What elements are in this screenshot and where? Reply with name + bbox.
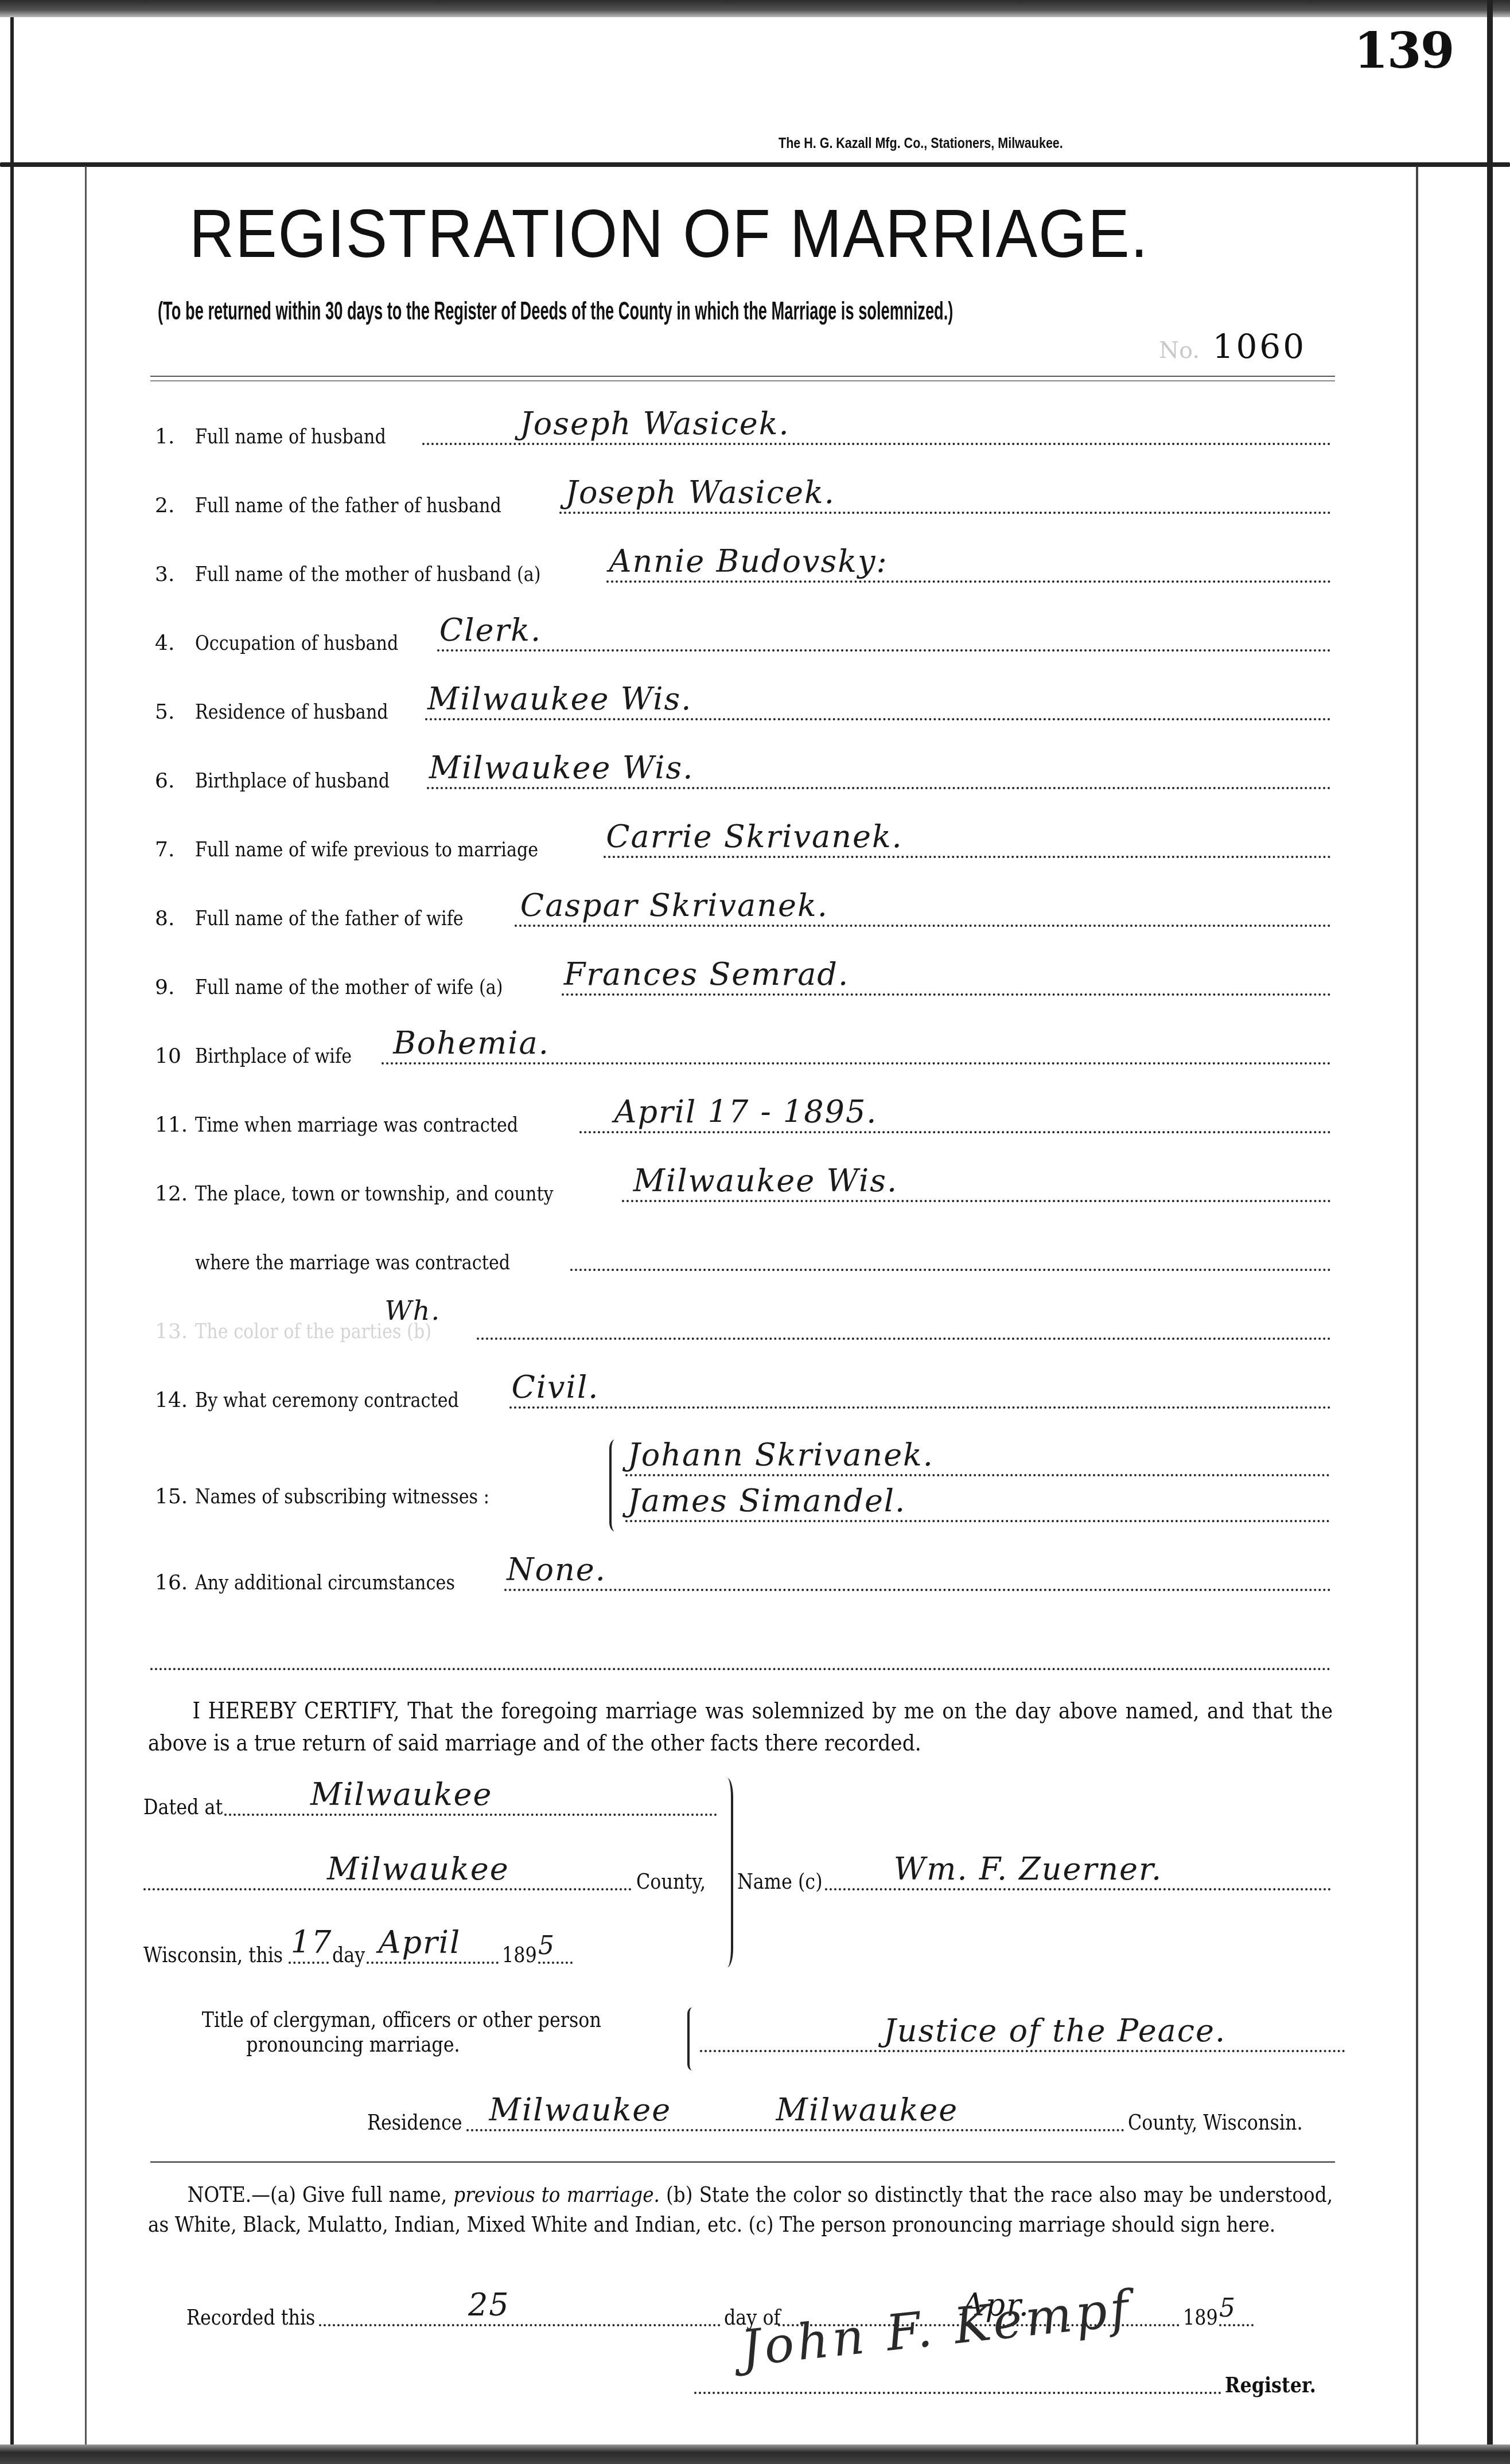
field-label: Full name of the mother of husband (a) bbox=[195, 563, 541, 586]
field-entry[interactable]: Milwaukee Wis. bbox=[425, 686, 1331, 720]
additional-circumstances-line-2[interactable] bbox=[150, 1638, 1331, 1670]
field-entry[interactable]: Caspar Skrivanek. bbox=[515, 892, 1331, 927]
field-label: By what ceremony contracted bbox=[195, 1389, 459, 1412]
handwritten-value: Wm. F. Zuerner. bbox=[894, 1851, 1162, 1887]
field-entry[interactable]: Bohemia. bbox=[382, 1030, 1331, 1065]
field-number: 10 bbox=[155, 1044, 195, 1068]
field-number: 14. bbox=[155, 1389, 195, 1412]
county-row: Milwaukee County, bbox=[143, 1858, 717, 1894]
handwritten-value: Joseph Wasicek. bbox=[565, 474, 835, 510]
handwritten-value: April bbox=[378, 1924, 461, 1960]
field-number: 7. bbox=[155, 838, 195, 861]
witness-2-entry[interactable]: James Simandel. bbox=[625, 1490, 1330, 1522]
field-husband-mother: 3. Full name of the mother of husband (a… bbox=[155, 546, 1331, 586]
field-wife-name: 7. Full name of wife previous to marriag… bbox=[155, 821, 1331, 861]
year-prefix: 189 bbox=[1183, 2305, 1218, 2330]
field-additional-circumstances: 16. Any additional circumstances None. bbox=[155, 1554, 1331, 1594]
field-entry[interactable]: Wh. bbox=[477, 1305, 1331, 1340]
county-entry[interactable]: Milwaukee bbox=[143, 1858, 632, 1890]
handwritten-value: Milwaukee bbox=[327, 1851, 509, 1887]
county-label: County, bbox=[636, 1869, 706, 1894]
field-number: 16. bbox=[155, 1571, 195, 1594]
residence-label: Residence bbox=[367, 2110, 462, 2135]
field-label: Full name of the father of wife bbox=[195, 907, 464, 930]
year-entry[interactable]: 5 bbox=[538, 1932, 573, 1964]
field-entry[interactable]: Annie Budovsky: bbox=[606, 548, 1331, 583]
recorded-year-entry[interactable]: 5 bbox=[1219, 2294, 1254, 2326]
handwritten-value: Milwaukee Wis. bbox=[429, 750, 694, 786]
field-entry[interactable]: Civil. bbox=[509, 1374, 1331, 1409]
officiant-name-row: Name (c) Wm. F. Zuerner. bbox=[737, 1858, 1331, 1894]
handwritten-value: Civil. bbox=[512, 1369, 600, 1405]
handwritten-value: Annie Budovsky: bbox=[609, 543, 888, 579]
field-number: 8. bbox=[155, 907, 195, 930]
field-label: Birthplace of wife bbox=[195, 1044, 352, 1068]
recorded-this-label: Recorded this bbox=[186, 2305, 315, 2330]
note: NOTE.—(a) Give full name, previous to ma… bbox=[148, 2180, 1336, 2239]
field-entry[interactable]: April 17 - 1895. bbox=[579, 1099, 1331, 1133]
scan-edge-top bbox=[0, 0, 1510, 17]
handwritten-value: Johann Skrivanek. bbox=[628, 1437, 934, 1473]
title-of-officiant-label: Title of clergyman, officers or other pe… bbox=[143, 2007, 660, 2057]
field-husband-occupation: 4. Occupation of husband Clerk. bbox=[155, 615, 1331, 655]
handwritten-value: James Simandel. bbox=[628, 1483, 906, 1519]
date-row: Wisconsin, this 17 day April 189 5 bbox=[143, 1932, 717, 1967]
date-brace bbox=[718, 1778, 733, 1967]
dated-at-row: Dated at Milwaukee bbox=[143, 1784, 717, 1819]
field-husband-birthplace: 6. Birthplace of husband Milwaukee Wis. bbox=[155, 753, 1331, 793]
field-entry[interactable]: Carrie Skrivanek. bbox=[604, 824, 1331, 858]
handwritten-value: Justice of the Peace. bbox=[884, 2013, 1226, 2049]
title-brace bbox=[687, 2007, 700, 2071]
register-label: Register. bbox=[1225, 2372, 1316, 2397]
wisconsin-this-label: Wisconsin, this bbox=[143, 1943, 283, 1967]
residence-row: Residence Milwaukee Milwaukee County, Wi… bbox=[367, 2099, 1331, 2135]
field-label: Residence of husband bbox=[195, 700, 388, 724]
witnesses-brace bbox=[609, 1440, 623, 1531]
scan-edge-bottom bbox=[0, 2444, 1510, 2464]
field-entry[interactable]: Clerk. bbox=[437, 617, 1331, 652]
field-entry[interactable]: Joseph Wasicek. bbox=[422, 411, 1331, 445]
certificate-number: No. 1060 bbox=[1159, 327, 1306, 366]
field-husband-father: 2. Full name of the father of husband Jo… bbox=[155, 477, 1331, 517]
handwritten-value: None. bbox=[507, 1551, 606, 1588]
page-number: 139 bbox=[1354, 22, 1454, 80]
form-instruction: (To be returned within 30 days to the Re… bbox=[158, 297, 953, 326]
day-label: day bbox=[332, 1943, 365, 1967]
certification-paragraph: I HEREBY CERTIFY, That the foregoing mar… bbox=[148, 1695, 1333, 1759]
handwritten-value: Milwaukee Wis. bbox=[427, 681, 692, 717]
handwritten-value: 17 bbox=[291, 1924, 333, 1960]
note-italic: previous to marriage. bbox=[453, 2182, 660, 2207]
field-entry[interactable]: None. bbox=[504, 1557, 1331, 1591]
handwritten-value: Milwaukee bbox=[489, 2092, 672, 2128]
field-entry[interactable]: Joseph Wasicek. bbox=[559, 479, 1331, 514]
field-label: Time when marriage was contracted bbox=[195, 1113, 518, 1137]
field-entry[interactable]: Milwaukee Wis. bbox=[427, 755, 1331, 789]
handwritten-value: Caspar Skrivanek. bbox=[520, 887, 828, 923]
handwritten-value: April 17 - 1895. bbox=[614, 1094, 877, 1130]
field-number: 11. bbox=[155, 1113, 195, 1137]
field-wife-father: 8. Full name of the father of wife Caspa… bbox=[155, 890, 1331, 930]
field-label: Full name of the father of husband bbox=[195, 494, 501, 517]
field-entry[interactable]: Frances Semrad. bbox=[562, 961, 1331, 996]
month-entry[interactable]: April bbox=[367, 1932, 499, 1964]
note-prefix: NOTE.—(a) Give full name, bbox=[188, 2182, 453, 2207]
field-number: 13. bbox=[155, 1320, 195, 1343]
year-prefix: 189 bbox=[502, 1943, 537, 1967]
field-label: Birthplace of husband bbox=[195, 769, 390, 793]
field-label: Full name of husband bbox=[195, 425, 386, 449]
right-column-line-2 bbox=[1487, 0, 1493, 2464]
margin-line-outer bbox=[10, 17, 14, 2444]
field-marriage-time: 11. Time when marriage was contracted Ap… bbox=[155, 1097, 1331, 1137]
field-number: 1. bbox=[155, 425, 195, 449]
handwritten-value: Clerk. bbox=[439, 612, 542, 648]
certificate-number-value: 1060 bbox=[1213, 327, 1307, 366]
field-husband-name: 1. Full name of husband Joseph Wasicek. bbox=[155, 408, 1331, 449]
field-number: 12. bbox=[155, 1182, 195, 1206]
field-marriage-place-continued: where the marriage was contracted bbox=[155, 1234, 1331, 1274]
officiant-name-entry[interactable]: Wm. F. Zuerner. bbox=[825, 1858, 1331, 1890]
residence-suffix: County, Wisconsin. bbox=[1128, 2110, 1303, 2135]
certification-text: I HEREBY CERTIFY, That the foregoing mar… bbox=[148, 1695, 1336, 1759]
field-wife-mother: 9. Full name of the mother of wife (a) F… bbox=[155, 959, 1331, 999]
field-wife-birthplace: 10 Birthplace of wife Bohemia. bbox=[155, 1028, 1331, 1068]
dated-at-entry[interactable]: Milwaukee bbox=[224, 1784, 717, 1816]
note-divider bbox=[150, 2161, 1335, 2163]
margin-line-inner bbox=[85, 166, 87, 2444]
witness-1-entry[interactable]: Johann Skrivanek. bbox=[625, 1444, 1330, 1476]
field-label: Full name of wife previous to marriage bbox=[195, 838, 538, 861]
dated-at-label: Dated at bbox=[143, 1795, 223, 1819]
field-witnesses: 15. Names of subscribing witnesses : bbox=[155, 1468, 556, 1508]
title-divider bbox=[150, 376, 1335, 381]
field-label: The place, town or township, and county bbox=[195, 1182, 554, 1206]
field-color-of-parties: 13. The color of the parties (b) Wh. bbox=[155, 1303, 1331, 1343]
right-column-line-1 bbox=[1416, 166, 1418, 2444]
note-paragraph: NOTE.—(a) Give full name, previous to ma… bbox=[148, 2180, 1333, 2239]
title-label-line2: pronouncing marriage. bbox=[246, 2032, 460, 2057]
header-rule bbox=[0, 162, 1510, 167]
field-label: Full name of the mother of wife (a) bbox=[195, 976, 503, 999]
handwritten-value: 5 bbox=[538, 1931, 555, 1960]
field-husband-residence: 5. Residence of husband Milwaukee Wis. bbox=[155, 684, 1331, 724]
field-entry[interactable] bbox=[570, 1237, 1331, 1271]
handwritten-value: Milwaukee bbox=[776, 2092, 959, 2128]
handwritten-value: Carrie Skrivanek. bbox=[606, 818, 903, 855]
handwritten-value: 25 bbox=[468, 2287, 510, 2323]
residence-entry[interactable]: Milwaukee Milwaukee bbox=[466, 2099, 1124, 2131]
field-number: 2. bbox=[155, 494, 195, 517]
form-title: REGISTRATION OF MARRIAGE. bbox=[189, 195, 1149, 273]
handwritten-value: Bohemia. bbox=[393, 1025, 550, 1061]
field-number: 15. bbox=[155, 1485, 195, 1508]
handwritten-value: Wh. bbox=[385, 1295, 441, 1326]
field-number: 4. bbox=[155, 631, 195, 655]
name-label: Name (c) bbox=[737, 1869, 823, 1894]
handwritten-value: Joseph Wasicek. bbox=[520, 406, 789, 442]
officiant-title-entry[interactable]: Justice of the Peace. bbox=[700, 2020, 1345, 2052]
field-marriage-place: 12. The place, town or township, and cou… bbox=[155, 1165, 1331, 1206]
handwritten-value: Milwaukee Wis. bbox=[633, 1163, 898, 1199]
field-label: Any additional circumstances bbox=[195, 1571, 455, 1594]
handwritten-value: Milwaukee bbox=[310, 1776, 493, 1812]
day-entry[interactable]: 17 bbox=[289, 1932, 329, 1964]
field-number: 6. bbox=[155, 769, 195, 793]
stationer-credit: The H. G. Kazall Mfg. Co., Stationers, M… bbox=[779, 135, 1063, 152]
field-entry[interactable]: Milwaukee Wis. bbox=[622, 1168, 1331, 1202]
field-number: 5. bbox=[155, 700, 195, 724]
recorded-day-entry[interactable]: 25 bbox=[319, 2294, 721, 2326]
field-ceremony: 14. By what ceremony contracted Civil. bbox=[155, 1372, 1331, 1412]
certificate-number-prefix: No. bbox=[1159, 337, 1200, 364]
field-label: where the marriage was contracted bbox=[195, 1251, 510, 1274]
handwritten-value: Frances Semrad. bbox=[564, 956, 849, 992]
title-label-line1: Title of clergyman, officers or other pe… bbox=[202, 2007, 601, 2032]
handwritten-value: 5 bbox=[1219, 2294, 1236, 2323]
field-number: 9. bbox=[155, 976, 195, 999]
field-label: Occupation of husband bbox=[195, 631, 398, 655]
field-label: Names of subscribing witnesses : bbox=[195, 1485, 489, 1508]
field-number: 3. bbox=[155, 563, 195, 586]
